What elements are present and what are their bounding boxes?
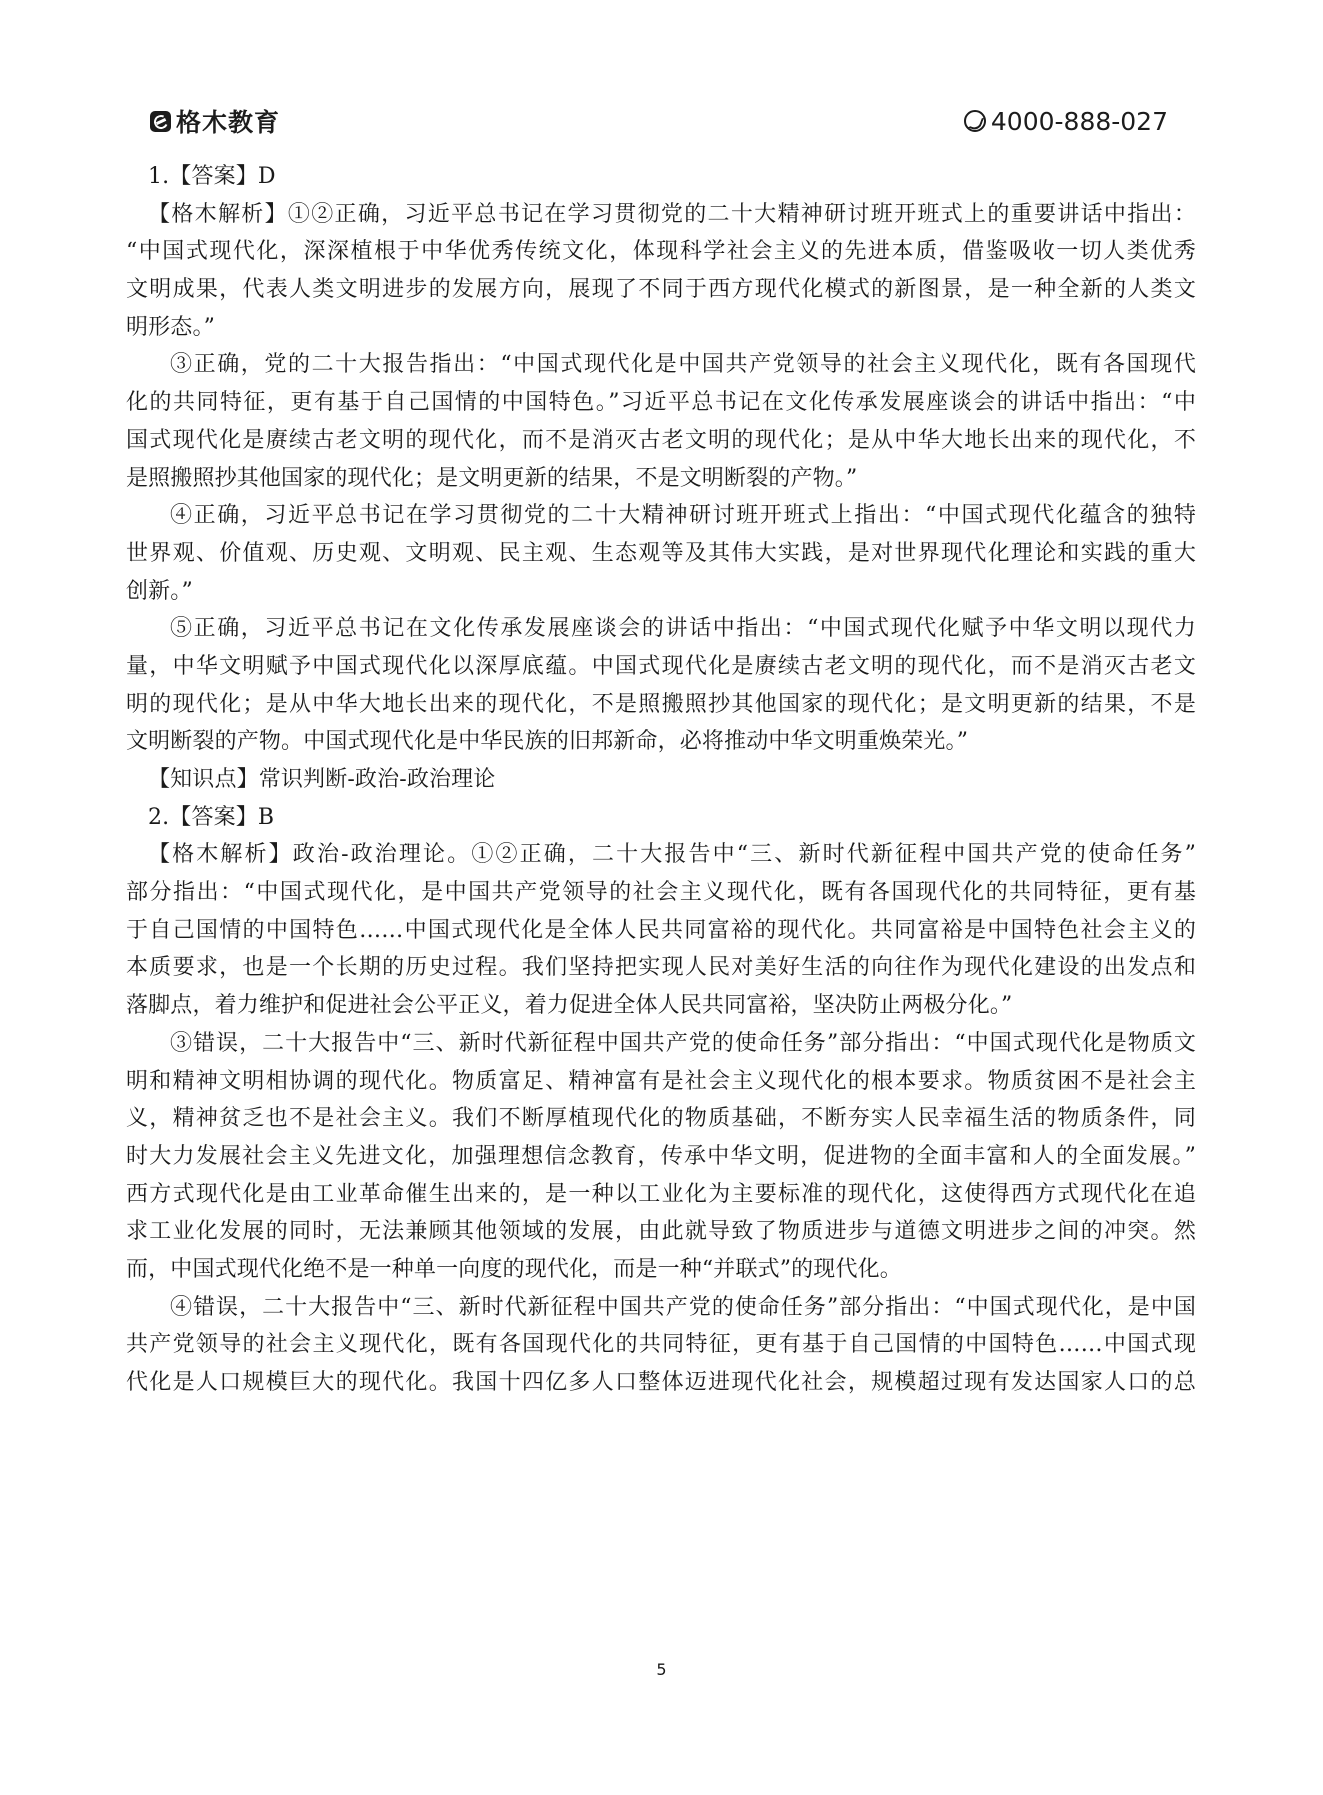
text-line: 代化是人口规模巨大的现代化。我国十四亿多人口整体迈进现代化社会，规模超过现有发达… [126,1364,1196,1402]
text-line: 文明断裂的产物。中国式现代化是中华民族的旧邦新命，必将推动中华文明重焕荣光。” [126,723,1196,761]
text-line: ⑤正确，习近平总书记在文化传承发展座谈会的讲话中指出：“中国式现代化赋予中华文明… [126,610,1196,648]
document-body: 1.【答案】D【格木解析】①②正确，习近平总书记在学习贯彻党的二十大精神研讨班开… [126,158,1196,1402]
text-line: 义，精神贫乏也不是社会主义。我们不断厚植现代化的物质基础，不断夯实人民幸福生活的… [126,1100,1196,1138]
text-line: 【格木解析】①②正确，习近平总书记在学习贯彻党的二十大精神研讨班开班式上的重要讲… [126,196,1196,234]
text-line: 西方式现代化是由工业革命催生出来的，是一种以工业化为主要标准的现代化，这使得西方… [126,1176,1196,1214]
phone-icon [964,110,986,132]
text-line: ④正确，习近平总书记在学习贯彻党的二十大精神研讨班开班式上指出：“中国式现代化蕴… [126,497,1196,535]
text-line: 明形态。” [126,309,1196,347]
text-line: 落脚点，着力维护和促进社会公平正义，着力促进全体人民共同富裕，坚决防止两极分化。… [126,987,1196,1025]
text-line: 求工业化发展的同时，无法兼顾其他领域的发展，由此就导致了物质进步与道德文明进步之… [126,1213,1196,1251]
text-line: 2.【答案】B [126,799,1196,837]
text-line: 而，中国式现代化绝不是一种单一向度的现代化，而是一种“并联式”的现代化。 [126,1251,1196,1289]
brand-logo: 格木教育 [150,103,280,139]
page-number: 5 [0,1660,1323,1679]
text-line: 【格木解析】政治-政治理论。①②正确，二十大报告中“三、新时代新征程中国共产党的… [126,836,1196,874]
text-line: 国式现代化是赓续古老文明的现代化，而不是消灭古老文明的现代化；是从中华大地长出来… [126,422,1196,460]
text-line: 于自己国情的中国特色……中国式现代化是全体人民共同富裕的现代化。共同富裕是中国特… [126,912,1196,950]
text-line: 世界观、价值观、历史观、文明观、民主观、生态观等及其伟大实践，是对世界现代化理论… [126,535,1196,573]
text-line: 化的共同特征，更有基于自己国情的中国特色。”习近平总书记在文化传承发展座谈会的讲… [126,384,1196,422]
text-line: 时大力发展社会主义先进文化，加强理想信念教育，传承中华文明，促进物的全面丰富和人… [126,1138,1196,1176]
text-line: 文明成果，代表人类文明进步的发展方向，展现了不同于西方现代化模式的新图景，是一种… [126,271,1196,309]
text-line: 明的现代化；是从中华大地长出来的现代化，不是照搬照抄其他国家的现代化；是文明更新… [126,686,1196,724]
text-line: ③正确，党的二十大报告指出：“中国式现代化是中国共产党领导的社会主义现代化，既有… [126,346,1196,384]
text-line: ④错误，二十大报告中“三、新时代新征程中国共产党的使命任务”部分指出：“中国式现… [126,1289,1196,1327]
text-line: 量，中华文明赋予中国式现代化以深厚底蕴。中国式现代化是赓续古老文明的现代化，而不… [126,648,1196,686]
logo-e-icon [150,111,171,132]
text-line: ③错误，二十大报告中“三、新时代新征程中国共产党的使命任务”部分指出：“中国式现… [126,1025,1196,1063]
text-line: 创新。” [126,573,1196,611]
text-line: 【知识点】常识判断-政治-政治理论 [126,761,1196,799]
text-line: 明和精神文明相协调的现代化。物质富足、精神富有是社会主义现代化的根本要求。物质贫… [126,1063,1196,1101]
text-line: 共产党领导的社会主义现代化，既有各国现代化的共同特征，更有基于自己国情的中国特色… [126,1326,1196,1364]
brand-name: 格木教育 [176,103,280,139]
text-line: 部分指出：“中国式现代化，是中国共产党领导的社会主义现代化，既有各国现代化的共同… [126,874,1196,912]
text-line: 是照搬照抄其他国家的现代化；是文明更新的结果，不是文明断裂的产物。” [126,460,1196,498]
text-line: 1.【答案】D [126,158,1196,196]
page-header: 格木教育 4000-888-027 [150,103,1168,139]
hotline: 4000-888-027 [964,103,1168,139]
text-line: “中国式现代化，深深植根于中华优秀传统文化，体现科学社会主义的先进本质，借鉴吸收… [126,233,1196,271]
hotline-number: 4000-888-027 [991,107,1168,136]
text-line: 本质要求，也是一个长期的历史过程。我们坚持把实现人民对美好生活的向往作为现代化建… [126,949,1196,987]
